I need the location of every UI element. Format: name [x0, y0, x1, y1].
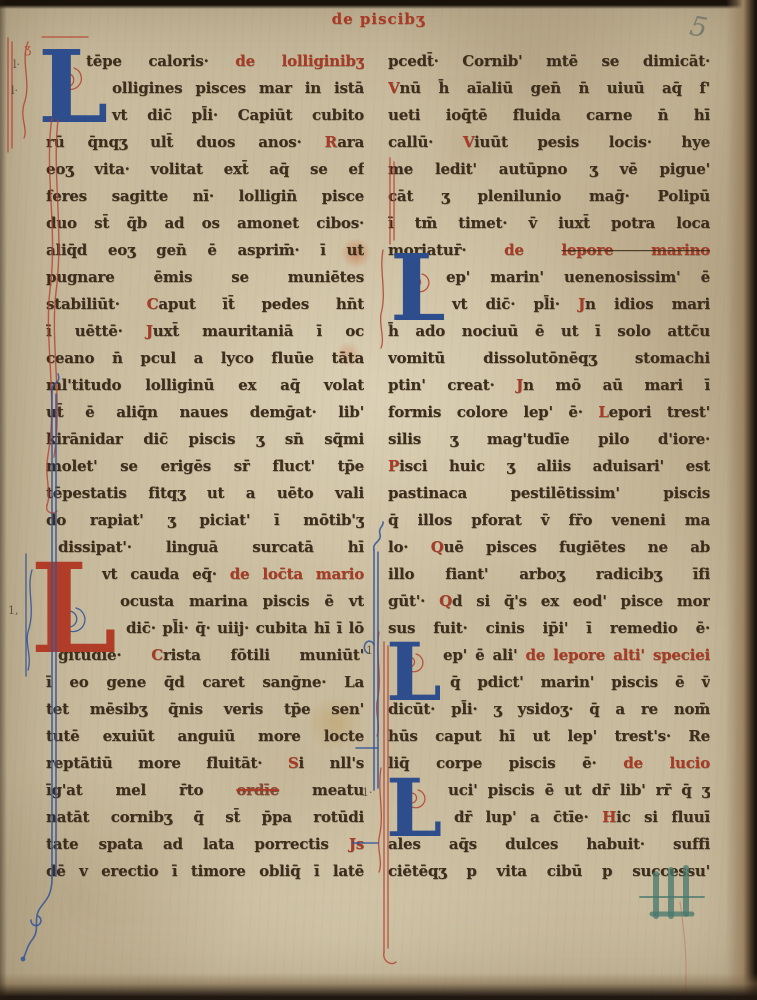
manuscript-line: ī uēttē· Juxt̄ mauritaniā ī oc [46, 318, 364, 345]
manuscript-line: tutē exuiūt anguiū more locte [46, 723, 364, 750]
text-segment-ink: ep' ē ali' [443, 646, 525, 664]
text-segment-ink: ī tm̄ timet· v̄ iuxt̄ potra loca [388, 214, 710, 232]
text-segment-ink: uē pisces fugiētes ne ab [444, 538, 710, 556]
manuscript-line: Pisci huic ʒ aliis aduisari' est [388, 453, 710, 480]
text-segment-rubric: de lucio [623, 754, 710, 772]
text-segment-rubric: H [602, 808, 616, 826]
text-segment-ink: ara [337, 133, 364, 151]
manuscript-line: q̄ illos pforat v̄ fr̄o veneni ma [388, 507, 710, 534]
text-segment-rubric: de loc̄ta mario [230, 565, 364, 583]
manuscript-line: formis colore lep' ē· Lepori trest' [388, 399, 710, 426]
text-segment-ink: ep' marin' uenenosissim' ē [446, 268, 710, 286]
manuscript-line: pugnare ēmis se muniētes [46, 264, 364, 291]
text-segment-ink: olligines pisces mar in istā [112, 79, 364, 97]
column-right: pcedt̄· Cornib' mtē se dimicāt·Vnū h̄ aī… [388, 48, 710, 885]
manuscript-line: tate spata ad lata porrectis Js [46, 831, 364, 858]
manuscript-line: vt dic̄ pl̄i· Capiūt cubito [46, 102, 364, 129]
margin-mark: l· [11, 84, 18, 97]
text-segment-ink: tutē exuiūt anguiū more locte [46, 727, 364, 745]
manuscript-line: ep' marin' uenenosissim' ē [388, 264, 710, 291]
text-segment-rubric: de lepore alti' speciei [525, 646, 710, 664]
text-segment-ink: pcedt̄· Cornib' mtē se dimicāt· [388, 52, 710, 70]
manuscript-line: kirānidar dic̄ piscis ʒ sn̄ sq̄mi [46, 426, 364, 453]
text-segment-ink: cāt ʒ plenilunio maḡ· Polipū [388, 187, 710, 205]
manuscript-line: vt cauda eq̄· de loc̄ta mario [46, 561, 364, 588]
page-edge-right [726, 0, 757, 1000]
text-segment-ink: kirānidar dic̄ piscis ʒ sn̄ sq̄mi [46, 430, 364, 448]
manuscript-line: do rapiat' ʒ piciat' ī mōtib'ʒ [46, 507, 364, 534]
text-segment-ink: gitudiē· [58, 646, 151, 664]
text-segment-ink: do rapiat' ʒ piciat' ī mōtib'ʒ [46, 511, 364, 529]
text-segment-rubric: de [504, 241, 561, 259]
manuscript-line: gitudiē· Crista fōtili muniūt' [46, 642, 364, 669]
manuscript-line: ptin' creat· Jn mō aū mari ī [388, 372, 710, 399]
text-segment-ink: dissipat'· linguā surcatā hī [58, 538, 364, 556]
manuscript-line: vt dic̄· pl̄i· Jn idios mari [388, 291, 710, 318]
text-segment-rubric: Js [349, 835, 364, 853]
text-segment-ink: natāt cornibʒ q̄ st̄ p̄pa rotūdi [46, 808, 364, 826]
manuscript-line: callū· Viuūt pesis locis· hye [388, 129, 710, 156]
manuscript-line: tēpestatis fitqʒ ut a uēto vali [46, 480, 364, 507]
manuscript-line: ml'titudo lolliginū ex aq̄ volat [46, 372, 364, 399]
manuscript-line: feres sagitte nī· lolligin̄ pisce [46, 183, 364, 210]
text-segment-ink: vt dic̄· pl̄i· [452, 295, 578, 313]
folio-number: 5 [687, 11, 709, 45]
text-segment-ink: aput īt̄ pedes hn̄t [158, 295, 364, 313]
manuscript-line: gūt'· Qd si q̄'s ex eod' pisce mor [388, 588, 710, 615]
text-segment-ink: h̄ ado nociuū ē ut ī solo attc̄u [388, 322, 710, 340]
manuscript-line: ueti ioq̄tē fluida carne n̄ hī [388, 102, 710, 129]
text-segment-ink: ales aq̄s dulces habuit· suffi [388, 835, 710, 853]
text-segment-ink: isci huic ʒ aliis aduisari' est [399, 457, 710, 475]
manuscript-line: ut̄ ē aliq̄n naues demḡat· lib' [46, 399, 364, 426]
manuscript-line: natāt cornibʒ q̄ st̄ p̄pa rotūdi [46, 804, 364, 831]
page-edge-bottom [0, 973, 757, 1000]
text-segment-ink: q̄ illos pforat v̄ fr̄o veneni ma [388, 511, 710, 529]
manuscript-line: ocusta marina piscis ē vt [46, 588, 364, 615]
manuscript-line: aliq̄d eoʒ gen̄ ē asprim̄· ī ut [46, 237, 364, 264]
text-segment-ink: i nll's [299, 754, 364, 772]
text-segment-rubric: C [147, 295, 159, 313]
manuscript-line: īg'at mel r̄to ordīe meatu [46, 777, 364, 804]
running-title: de piscibʒ [0, 10, 757, 28]
manuscript-line: silis ʒ mag'tudīe pilo d'iore· [388, 426, 710, 453]
text-segment-ink: lo· [388, 538, 431, 556]
text-segment-ink: iuūt pesis locis· hye [474, 133, 710, 151]
manuscript-line: rū q̄nqʒ ult̄ duos anos· Rara [46, 129, 364, 156]
text-segment-struck: ordīe [236, 781, 279, 799]
text-segment-ink: tet mēsibʒ q̄nis veris tp̄e sen' [46, 700, 364, 718]
manuscript-line: ī tm̄ timet· v̄ iuxt̄ potra loca [388, 210, 710, 237]
manuscript-line: dic̄· pl̄i· q̄· uiij· cubita hī ī lō [46, 615, 364, 642]
manuscript-line: pcedt̄· Cornib' mtē se dimicāt· [388, 48, 710, 75]
text-segment-rubric: J [146, 322, 153, 340]
text-segment-rubric: L [598, 403, 608, 421]
manuscript-line: vomitū dissolutōnēqʒ stomachi [388, 345, 710, 372]
text-segment-ink: vt cauda eq̄· [102, 565, 230, 583]
text-segment-ink: vomitū dissolutōnēqʒ stomachi [388, 349, 710, 367]
text-segment-ink: ī uēttē· [46, 322, 146, 340]
manuscript-line: tet mēsibʒ q̄nis veris tp̄e sen' [46, 696, 364, 723]
manuscript-line: duo st̄ q̄b ad os amonet cibos· [46, 210, 364, 237]
margin-mark: ʒ [24, 42, 31, 57]
page-edge-left [0, 0, 7, 1000]
text-segment-ink: eoʒ vita· volitat ext̄ aq̄ se ef [46, 160, 364, 178]
text-segment-ink: ocusta marina piscis ē vt [120, 592, 364, 610]
text-segment-rubric: V [463, 133, 474, 151]
manuscript-line: ep' ē ali' de lepore alti' speciei [388, 642, 710, 669]
manuscript-line: stabiliūt· Caput īt̄ pedes hn̄t [46, 291, 364, 318]
text-segment-ink: callū· [388, 133, 463, 151]
manuscript-line: dissipat'· linguā surcatā hī [46, 534, 364, 561]
manuscript-line: h̄ ado nociuū ē ut ī solo attc̄u [388, 318, 710, 345]
manuscript-page: de piscibʒ 5 tēpe caloris· de lolliginib… [0, 0, 757, 1000]
manuscript-line: eoʒ vita· volitat ext̄ aq̄ se ef [46, 156, 364, 183]
manuscript-line: me ledit' autūpno ʒ vē pigue' [388, 156, 710, 183]
text-segment-ink: molet' se erigēs sr̄ fluct' tp̄e [46, 457, 364, 475]
text-segment-ink: ciētēqʒ p vita cibū p successu' [388, 862, 710, 880]
text-segment-ink: d si q̄'s ex eod' pisce mor [452, 592, 710, 610]
text-segment-ink: meatu [279, 781, 364, 799]
text-segment-ink: q̄ pdict' marin' piscis ē v̄ [450, 673, 710, 691]
manuscript-line: cāt ʒ plenilunio maḡ· Polipū [388, 183, 710, 210]
manuscript-line: olligines pisces mar in istā [46, 75, 364, 102]
manuscript-line: sus fuit· cinis ip̄i' ī remedio ē· [388, 615, 710, 642]
manuscript-line: hūs caput hī ut lep' trest's· Re [388, 723, 710, 750]
manuscript-line: reptātiū more fluitāt· Si nll's [46, 750, 364, 777]
manuscript-line: ceano n̄ pcul a lyco fluūe tāta [46, 345, 364, 372]
text-segment-ink: liq̄ corpe piscis ē· [388, 754, 623, 772]
text-segment-rubric: Q [431, 538, 444, 556]
manuscript-line: liq̄ corpe piscis ē· de lucio [388, 750, 710, 777]
manuscript-line: q̄ pdict' marin' piscis ē v̄ [388, 669, 710, 696]
page-edge-top [0, 0, 757, 9]
manuscript-line: moriatur̄· de lepore marino [388, 237, 710, 264]
margin-mark: l· [13, 58, 20, 71]
text-segment-ink: nū h̄ aīaliū gen̄ n̄ uiuū aq̄ f' [399, 79, 710, 97]
text-segment-ink: ptin' creat· [388, 376, 516, 394]
text-segment-ink: dē v erectio ī timore obliq̄ ī latē [46, 862, 364, 880]
manuscript-line: Vnū h̄ aīaliū gen̄ n̄ uiuū aq̄ f' [388, 75, 710, 102]
text-segment-rubric: R [325, 133, 338, 151]
manuscript-line: tēpe caloris· de lolliginibʒ [46, 48, 364, 75]
text-segment-ink: epori trest' [609, 403, 710, 421]
text-segment-ink: tate spata ad lata porrectis [46, 835, 349, 853]
text-segment-ink: gūt'· [388, 592, 439, 610]
text-segment-ink: moriatur̄· [388, 241, 504, 259]
text-segment-rubric: S [288, 754, 299, 772]
text-segment-ink: ic si fluuī [616, 808, 710, 826]
text-segment-ink: vt dic̄ pl̄i· Capiūt cubito [112, 106, 364, 124]
text-segment-ink: reptātiū more fluitāt· [46, 754, 288, 772]
text-segment-ink: duo st̄ q̄b ad os amonet cibos· [46, 214, 364, 232]
text-segment-ink: pugnare ēmis se muniētes [46, 268, 364, 286]
text-segment-rubric: Q [439, 592, 452, 610]
text-segment-ink: ml'titudo lolliginū ex aq̄ volat [46, 376, 364, 394]
manuscript-line: ciētēqʒ p vita cibū p successu' [388, 858, 710, 885]
text-segment-ink: n mō aū mari ī [523, 376, 710, 394]
text-segment-ink: aliq̄d eoʒ gen̄ ē asprim̄· ī ut [46, 241, 364, 259]
text-segment-ink: ut̄ ē aliq̄n naues demḡat· lib' [46, 403, 364, 421]
gutter-mark: 1· [362, 786, 373, 799]
text-segment-ink: uxt̄ mauritaniā ī oc [153, 322, 364, 340]
manuscript-line: dr̄ lup' a c̄tīe· Hic si fluuī [388, 804, 710, 831]
text-segment-ink: silis ʒ mag'tudīe pilo d'iore· [388, 430, 710, 448]
manuscript-line: illo fiant' arboʒ radicibʒ īfi [388, 561, 710, 588]
text-segment-ink: rū q̄nqʒ ult̄ duos anos· [46, 133, 325, 151]
text-segment-ink: dic̄· pl̄i· q̄· uiij· cubita hī ī lō [126, 619, 364, 637]
text-segment-ink: ceano n̄ pcul a lyco fluūe tāta [46, 349, 364, 367]
text-segment-ink: rista fōtili muniūt' [163, 646, 364, 664]
text-segment-ink: n idios mari [585, 295, 710, 313]
text-segment-rubric: J [578, 295, 585, 313]
gutter-mark: 1 [366, 644, 373, 657]
text-segment-ink: īg'at mel r̄to [46, 781, 236, 799]
manuscript-line: pastinaca pestilētissim' piscis [388, 480, 710, 507]
manuscript-line: uci' piscis ē ut dr̄ lib' rr̄ q̄ ʒ [388, 777, 710, 804]
text-segment-ink: tēpe caloris· [86, 52, 235, 70]
manuscript-line: ī eo gene q̄d caret sanḡne· La [46, 669, 364, 696]
text-segment-rubric: P [388, 457, 399, 475]
text-segment-rubric-struck: lepore marino [561, 241, 710, 259]
text-segment-rubric: de lolliginibʒ [235, 52, 364, 70]
text-segment-ink: dr̄ lup' a c̄tīe· [454, 808, 602, 826]
manuscript-line: dicūt· pl̄i· ʒ ysidoʒ· q̄ a re nom̄ [388, 696, 710, 723]
text-segment-ink: sus fuit· cinis ip̄i' ī remedio ē· [388, 619, 710, 637]
manuscript-line: dē v erectio ī timore obliq̄ ī latē [46, 858, 364, 885]
text-segment-ink: dicūt· pl̄i· ʒ ysidoʒ· q̄ a re nom̄ [388, 700, 710, 718]
text-segment-ink: pastinaca pestilētissim' piscis [388, 484, 710, 502]
text-segment-ink: uci' piscis ē ut dr̄ lib' rr̄ q̄ ʒ [448, 781, 710, 799]
column-left: tēpe caloris· de lolliginibʒolligines pi… [46, 48, 364, 885]
text-segment-ink: tēpestatis fitqʒ ut a uēto vali [46, 484, 364, 502]
text-segment-rubric: C [151, 646, 163, 664]
text-segment-ink: ī eo gene q̄d caret sanḡne· La [46, 673, 364, 691]
manuscript-line: molet' se erigēs sr̄ fluct' tp̄e [46, 453, 364, 480]
text-segment-rubric: V [388, 79, 399, 97]
text-segment-ink: formis colore lep' ē· [388, 403, 598, 421]
manuscript-line: ales aq̄s dulces habuit· suffi [388, 831, 710, 858]
margin-mark: 1, [8, 604, 19, 617]
text-segment-ink: feres sagitte nī· lolligin̄ pisce [46, 187, 364, 205]
text-segment-ink: me ledit' autūpno ʒ vē pigue' [388, 160, 710, 178]
text-segment-ink: illo fiant' arboʒ radicibʒ īfi [388, 565, 710, 583]
text-segment-ink: ueti ioq̄tē fluida carne n̄ hī [388, 106, 710, 124]
text-segment-ink: hūs caput hī ut lep' trest's· Re [388, 727, 710, 745]
text-segment-ink: stabiliūt· [46, 295, 147, 313]
manuscript-line: lo· Quē pisces fugiētes ne ab [388, 534, 710, 561]
